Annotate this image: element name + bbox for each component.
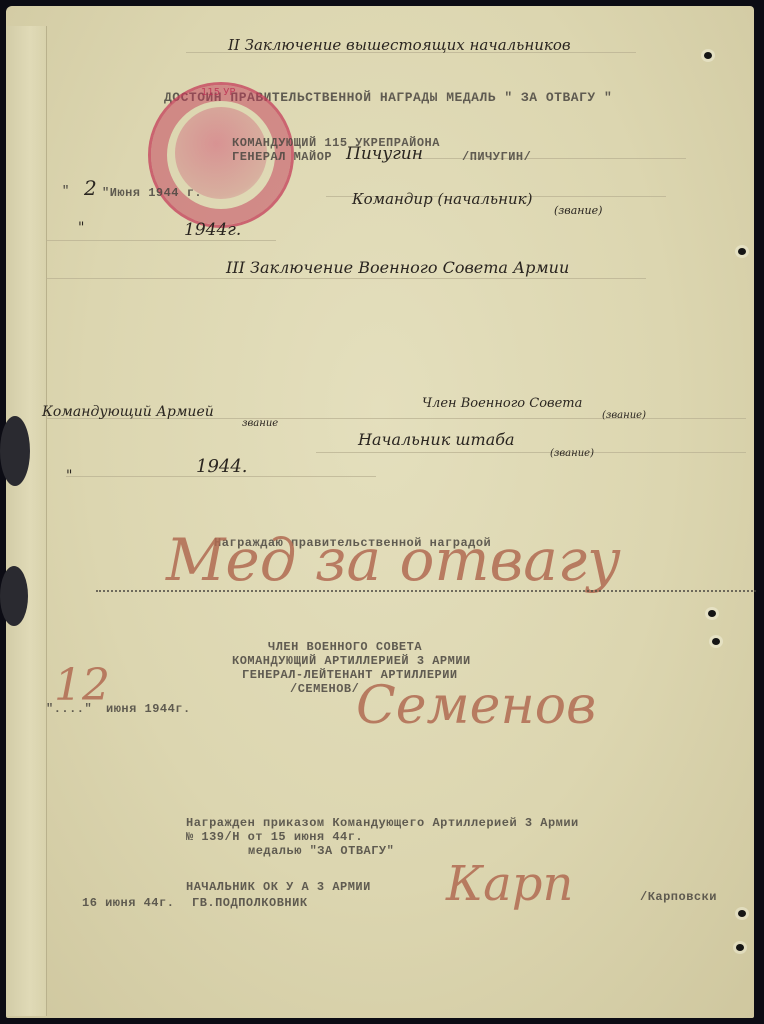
council-member-label: Член Военного Совета	[422, 396, 582, 411]
award-signer-line-2: КОМАНДУЮЩИЙ АРТИЛЛЕРИЕЙ 3 АРМИИ	[232, 654, 471, 668]
torn-left-margin	[6, 26, 47, 1016]
award-signer-name: /СЕМЕНОВ/	[290, 682, 359, 696]
stamp-top-text: 115 УР	[201, 87, 235, 98]
order-line-3: медалью "ЗА ОТВАГУ"	[248, 844, 394, 858]
document-page: II Заключение вышестоящих начальников ДО…	[6, 6, 754, 1018]
commander-label: Командующий Армией	[42, 404, 214, 420]
handwritten-award: Мед за отвагу	[166, 526, 621, 594]
punch-hole	[736, 944, 744, 951]
ruled-line	[46, 240, 276, 241]
field-commander: Командир (начальник)	[352, 190, 532, 208]
chief-of-staff-rank: (звание)	[550, 448, 594, 459]
signer-title-2: ГЕНЕРАЛ МАЙОР	[232, 150, 332, 164]
chief-of-staff-label: Начальник штаба	[358, 430, 515, 449]
order-signer-rank: ГВ.ПОДПОЛКОВНИК	[192, 896, 308, 910]
tear-mark	[0, 416, 30, 486]
signature-pichugin: Пичугин	[346, 144, 423, 164]
section-3-heading: III Заключение Военного Совета Армии	[226, 258, 569, 277]
order-line-1: Награжден приказом Командующего Артиллер…	[186, 816, 579, 830]
dotted-line	[96, 590, 756, 592]
date-blank-year-3: 1944.	[196, 456, 248, 477]
signer-name: /ПИЧУГИН/	[462, 150, 531, 164]
order-signer-title: НАЧАЛЬНИК ОК У А 3 АРМИИ	[186, 880, 371, 894]
award-date-text: июня 1944г.	[106, 702, 191, 716]
order-date: 16 июня 44г.	[82, 896, 174, 910]
order-line-2: № 139/Н от 15 июня 44г.	[186, 830, 363, 844]
award-date-prefix: "...."	[46, 702, 92, 716]
date-blank-year: 1944г.	[184, 220, 241, 240]
section-2-heading: II Заключение вышестоящих начальников	[228, 36, 571, 54]
award-signer-line-1: ЧЛЕН ВОЕННОГО СОВЕТА	[268, 640, 422, 654]
punch-hole	[712, 638, 720, 645]
council-member-rank: (звание)	[602, 410, 646, 421]
date-text: "Июня 1944 г.	[102, 186, 202, 200]
punch-hole	[704, 52, 712, 59]
field-rank: (звание)	[554, 204, 602, 217]
punch-hole	[738, 910, 746, 917]
signature-karp: Карп	[446, 856, 573, 912]
order-signer-name: /Карповски	[640, 890, 717, 904]
commander-rank: звание	[242, 418, 278, 429]
ruled-line	[46, 278, 646, 279]
signature-semenov: Семенов	[356, 676, 596, 736]
date-day: 2	[84, 176, 97, 200]
date-blank-open: "	[78, 220, 84, 236]
punch-hole	[738, 248, 746, 255]
date-blank-open-3: "	[66, 468, 72, 484]
tear-mark	[0, 566, 28, 626]
ruled-line	[316, 452, 746, 453]
punch-hole	[708, 610, 716, 617]
